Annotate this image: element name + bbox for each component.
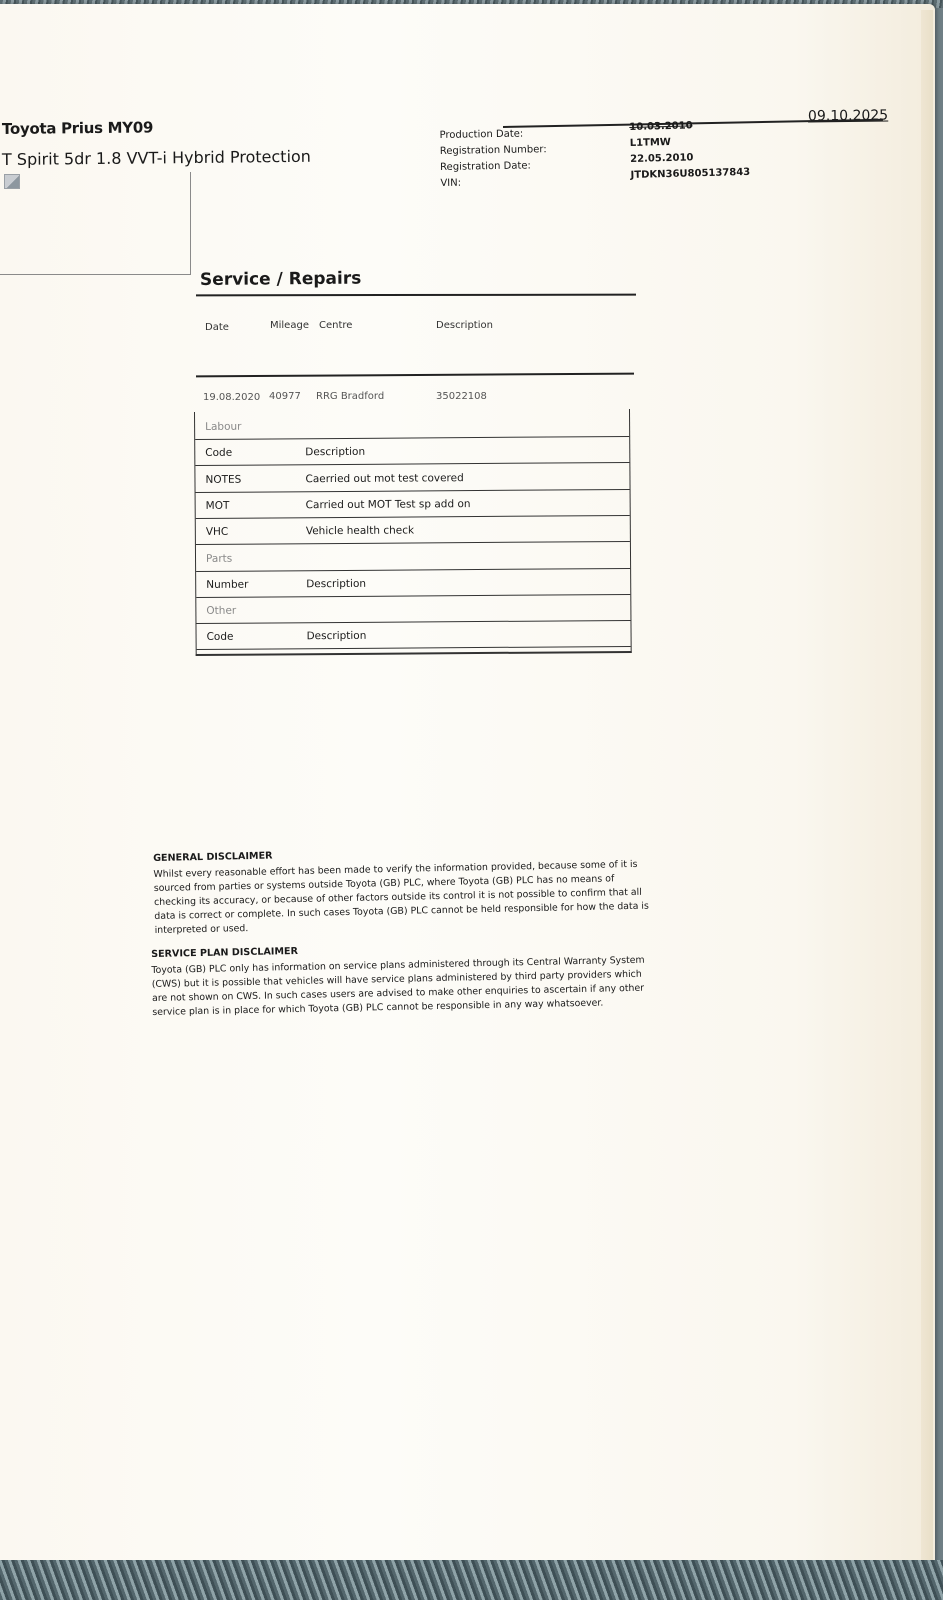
detail-code: Code [207, 631, 234, 643]
background-surface-bottom [0, 1560, 943, 1600]
general-disclaimer: GENERAL DISCLAIMER Whilst every reasonab… [153, 842, 655, 938]
service-date: 19.08.2020 [203, 392, 260, 403]
detail-description: Description [307, 630, 367, 642]
column-header-description: Description [436, 320, 493, 331]
detail-code: Code [205, 447, 232, 459]
page-edge [921, 10, 933, 1560]
vin-value: JTDKN36U805137843 [630, 165, 750, 184]
vehicle-info-labels: Production Date: Registration Number: Re… [439, 126, 547, 192]
vehicle-image-placeholder [0, 172, 191, 275]
detail-description: Carried out MOT Test sp add on [306, 498, 471, 511]
detail-group-row: Labour [195, 411, 629, 440]
print-date: 09.10.2025 [808, 107, 888, 124]
table-row: MOTCarried out MOT Test sp add on [196, 490, 630, 519]
detail-code: Parts [206, 552, 232, 564]
detail-header-row: CodeDescription [196, 621, 630, 650]
production-date-label: Production Date: [439, 126, 546, 144]
table-row: VHCVehicle health check [196, 516, 630, 545]
registration-number-label: Registration Number: [440, 142, 547, 160]
detail-code: Other [206, 605, 236, 617]
vin-label: VIN: [440, 174, 547, 192]
detail-group-row: Parts [196, 542, 630, 571]
general-disclaimer-text: Whilst every reasonable effort has been … [153, 858, 654, 938]
column-header-centre: Centre [319, 320, 352, 331]
registration-date-label: Registration Date: [440, 158, 547, 176]
detail-description: Vehicle health check [306, 525, 414, 538]
detail-description: Description [305, 446, 365, 458]
table-row: NOTESCaerried out mot test covered [195, 464, 629, 493]
detail-header-row: CodeDescription [195, 437, 629, 466]
service-plan-disclaimer-text: Toyota (GB) PLC only has information on … [151, 954, 652, 1020]
detail-group-row: Other [196, 595, 630, 624]
detail-code: Labour [205, 421, 241, 433]
detail-code: MOT [206, 500, 230, 512]
service-details-table: LabourCodeDescriptionNOTESCaerried out m… [194, 409, 632, 656]
service-description: 35022108 [436, 391, 487, 402]
detail-code: Number [206, 578, 248, 590]
service-centre: RRG Bradford [316, 391, 384, 402]
vehicle-variant: T Spirit 5dr 1.8 VVT-i Hybrid Protection [2, 147, 311, 169]
detail-description: Description [306, 578, 366, 590]
service-plan-disclaimer: SERVICE PLAN DISCLAIMER Toyota (GB) PLC … [151, 938, 652, 1020]
column-header-mileage: Mileage [270, 320, 309, 331]
detail-code: VHC [206, 526, 229, 538]
column-header-date: Date [205, 322, 229, 333]
vehicle-model: Toyota Prius MY09 [2, 118, 153, 138]
section-title: Service / Repairs [200, 269, 361, 290]
detail-description: Caerried out mot test covered [305, 472, 463, 485]
detail-header-row: NumberDescription [196, 569, 630, 598]
detail-code: NOTES [205, 473, 241, 485]
broken-image-icon [4, 174, 20, 189]
service-mileage: 40977 [269, 391, 301, 402]
vehicle-info-values: 10.03.2010 L1TMW 22.05.2010 JTDKN36U8051… [629, 117, 750, 184]
